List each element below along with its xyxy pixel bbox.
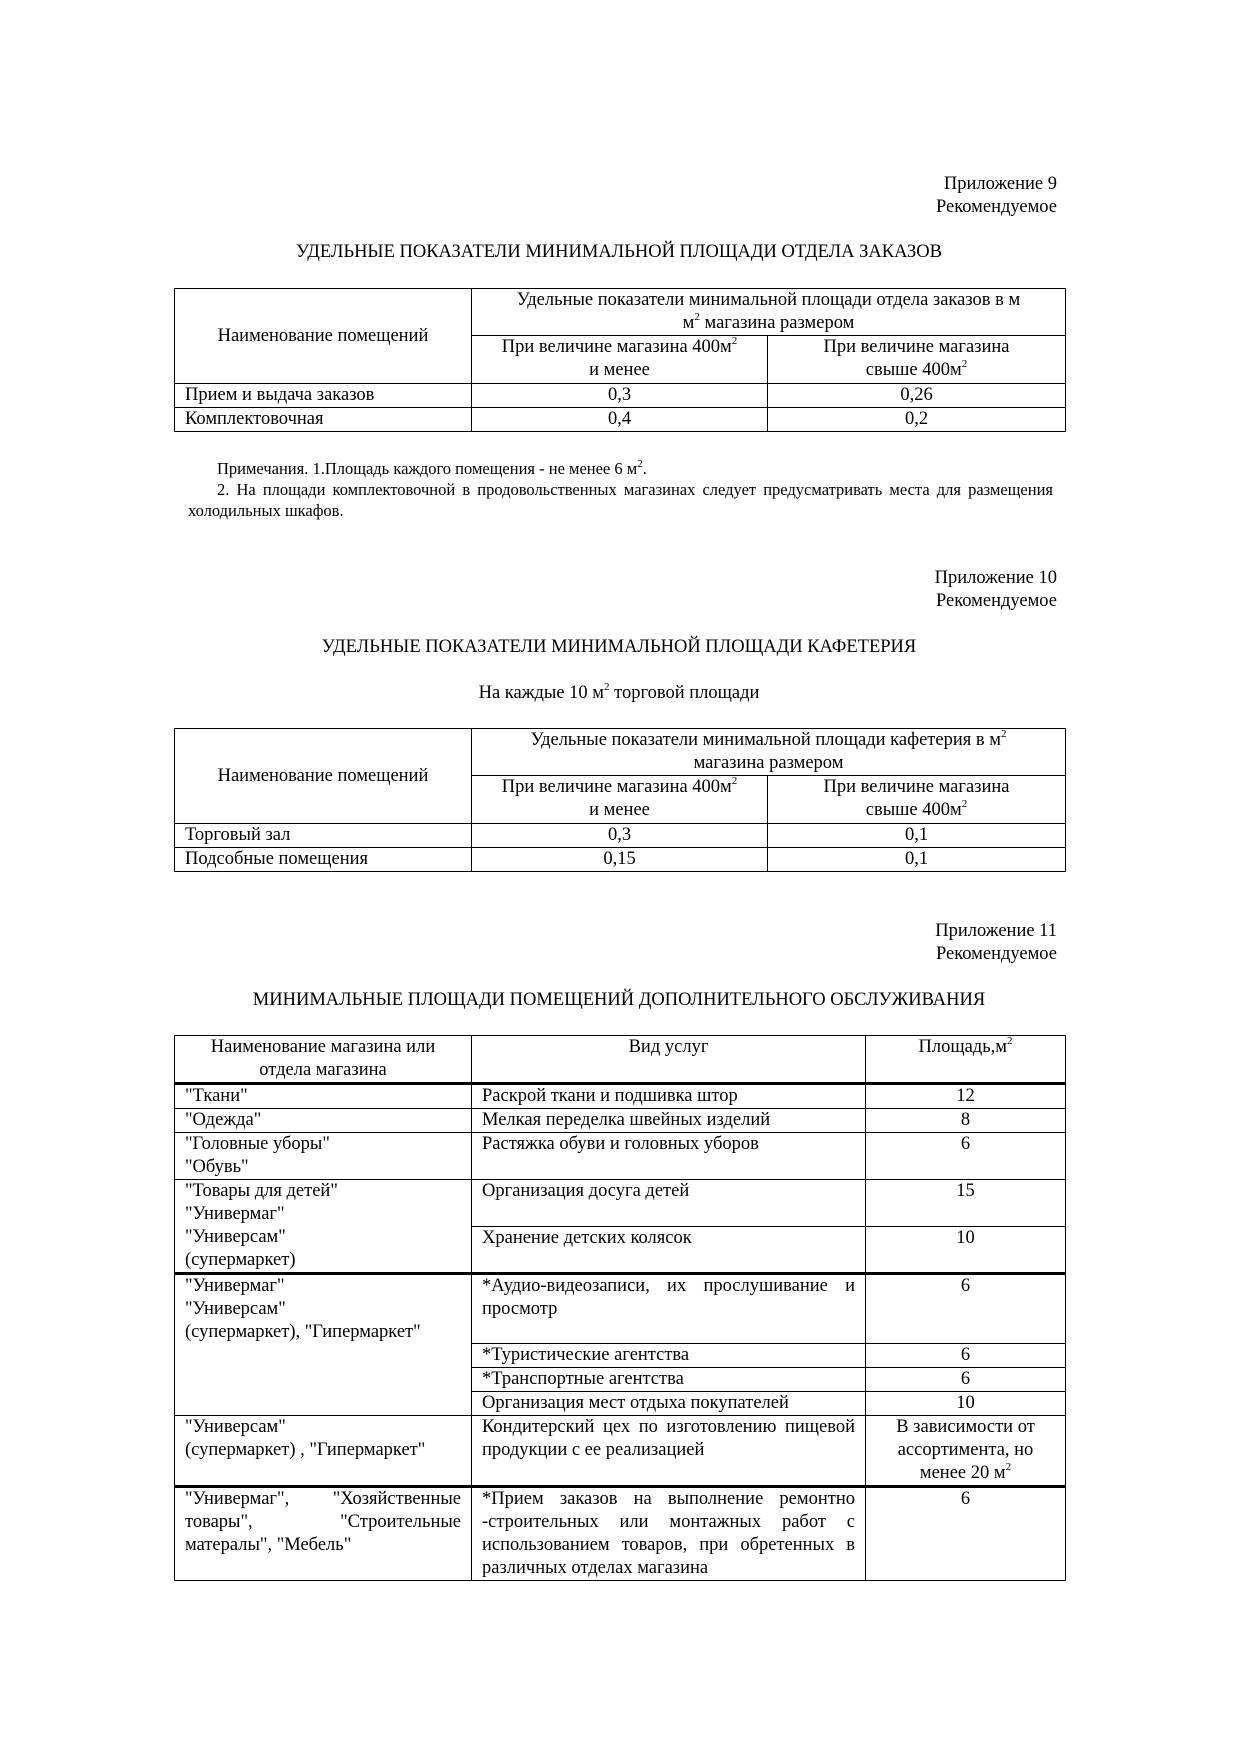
value-large: 0,26 <box>768 384 1066 408</box>
header-store: Наименование магазина или отдела магазин… <box>175 1036 472 1084</box>
value-large: 0,1 <box>768 848 1066 872</box>
table-row: "Универмаг", "Хозяйственные товары", "Ст… <box>175 1487 1066 1581</box>
appendix-9-label: Приложение 9 <box>700 173 1057 196</box>
value-small: 0,3 <box>472 384 768 408</box>
appendix-10-subtitle: На каждые 10 м2 торговой площади <box>174 682 1064 705</box>
note-1: Примечания. 1.Площадь каждого помещения … <box>188 458 1053 479</box>
note-2: 2. На площади комплектовочной в продовол… <box>188 479 1053 521</box>
area: 10 <box>866 1227 1066 1274</box>
service: *Прием заказов на выполнение ремонтно -с… <box>472 1487 866 1581</box>
appendix-9-status: Рекомендуемое <box>700 196 1057 219</box>
service: Организация мест отдыха покупателей <box>472 1392 866 1416</box>
room-name: Торговый зал <box>175 824 472 848</box>
store: "Универмаг""Универсам"(супермаркет), "Ги… <box>175 1274 472 1416</box>
room-name: Комплектовочная <box>175 408 472 432</box>
appendix-10-title: УДЕЛЬНЫЕ ПОКАЗАТЕЛИ МИНИМАЛЬНОЙ ПЛОЩАДИ … <box>174 636 1064 659</box>
value-small: 0,15 <box>472 848 768 872</box>
store: "Одежда" <box>175 1109 472 1133</box>
appendix-11-title: МИНИМАЛЬНЫЕ ПЛОЩАДИ ПОМЕЩЕНИЙ ДОПОЛНИТЕЛ… <box>174 989 1064 1012</box>
service: Раскрой ткани и подшивка штор <box>472 1084 866 1109</box>
header-room-name: Наименование помещений <box>175 289 472 384</box>
header-area: Площадь,м2 <box>866 1036 1066 1084</box>
store: "Универмаг", "Хозяйственные товары", "Ст… <box>175 1487 472 1581</box>
area: В зависимости от ассортимента, но менее … <box>866 1416 1066 1487</box>
header-small-store: При величине магазина 400м2и менее <box>472 776 768 824</box>
header-group: Удельные показатели минимальной площади … <box>472 289 1066 336</box>
appendix-11-label: Приложение 11 <box>700 920 1057 943</box>
service: Мелкая переделка швейных изделий <box>472 1109 866 1133</box>
store: "Ткани" <box>175 1084 472 1109</box>
table-row: "Универсам"(супермаркет) , "Гипермаркет"… <box>175 1416 1066 1487</box>
service: *Аудио-видеозаписи, их прослушивание и п… <box>472 1274 866 1344</box>
area: 12 <box>866 1084 1066 1109</box>
table-row: Торговый зал 0,3 0,1 <box>175 824 1066 848</box>
area: 15 <box>866 1180 1066 1227</box>
table-row: "Ткани" Раскрой ткани и подшивка штор 12 <box>175 1084 1066 1109</box>
area: 6 <box>866 1133 1066 1180</box>
service: *Туристические агентства <box>472 1344 866 1368</box>
appendix-11-table: Наименование магазина или отдела магазин… <box>174 1035 1066 1581</box>
appendix-10-label: Приложение 10 <box>700 567 1057 590</box>
header-small-store: При величине магазина 400м2и менее <box>472 336 768 384</box>
store: "Универсам"(супермаркет) , "Гипермаркет" <box>175 1416 472 1487</box>
area: 6 <box>866 1487 1066 1581</box>
value-small: 0,3 <box>472 824 768 848</box>
table-row: "Одежда" Мелкая переделка швейных издели… <box>175 1109 1066 1133</box>
appendix-11-status: Рекомендуемое <box>700 943 1057 966</box>
appendix-9-title: УДЕЛЬНЫЕ ПОКАЗАТЕЛИ МИНИМАЛЬНОЙ ПЛОЩАДИ … <box>174 241 1064 264</box>
area: 6 <box>866 1368 1066 1392</box>
area: 6 <box>866 1274 1066 1344</box>
service: Кондитерский цех по изготовлению пищевой… <box>472 1416 866 1487</box>
service: Хранение детских колясок <box>472 1227 866 1274</box>
store: "Головные уборы""Обувь" <box>175 1133 472 1180</box>
store: "Товары для детей""Универмаг""Универсам"… <box>175 1180 472 1274</box>
appendix-9-notes: Примечания. 1.Площадь каждого помещения … <box>188 458 1053 521</box>
area: 10 <box>866 1392 1066 1416</box>
table-row: "Головные уборы""Обувь" Растяжка обуви и… <box>175 1133 1066 1180</box>
header-large-store: При величине магазинасвыше 400м2 <box>768 336 1066 384</box>
room-name: Подсобные помещения <box>175 848 472 872</box>
appendix-10-status: Рекомендуемое <box>700 590 1057 613</box>
area: 8 <box>866 1109 1066 1133</box>
header-room-name: Наименование помещений <box>175 729 472 824</box>
area: 6 <box>866 1344 1066 1368</box>
table-row: Прием и выдача заказов 0,3 0,26 <box>175 384 1066 408</box>
table-row: "Универмаг""Универсам"(супермаркет), "Ги… <box>175 1274 1066 1344</box>
table-row: Комплектовочная 0,4 0,2 <box>175 408 1066 432</box>
room-name: Прием и выдача заказов <box>175 384 472 408</box>
table-row: "Товары для детей""Универмаг""Универсам"… <box>175 1180 1066 1227</box>
appendix-9-table: Наименование помещений Удельные показате… <box>174 288 1066 432</box>
service: *Транспортные агентства <box>472 1368 866 1392</box>
table-row: Подсобные помещения 0,15 0,1 <box>175 848 1066 872</box>
header-large-store: При величине магазинасвыше 400м2 <box>768 776 1066 824</box>
header-service: Вид услуг <box>472 1036 866 1084</box>
header-group: Удельные показатели минимальной площади … <box>472 729 1066 776</box>
value-large: 0,2 <box>768 408 1066 432</box>
value-large: 0,1 <box>768 824 1066 848</box>
value-small: 0,4 <box>472 408 768 432</box>
service: Растяжка обуви и головных уборов <box>472 1133 866 1180</box>
service: Организация досуга детей <box>472 1180 866 1227</box>
appendix-10-table: Наименование помещений Удельные показате… <box>174 728 1066 872</box>
